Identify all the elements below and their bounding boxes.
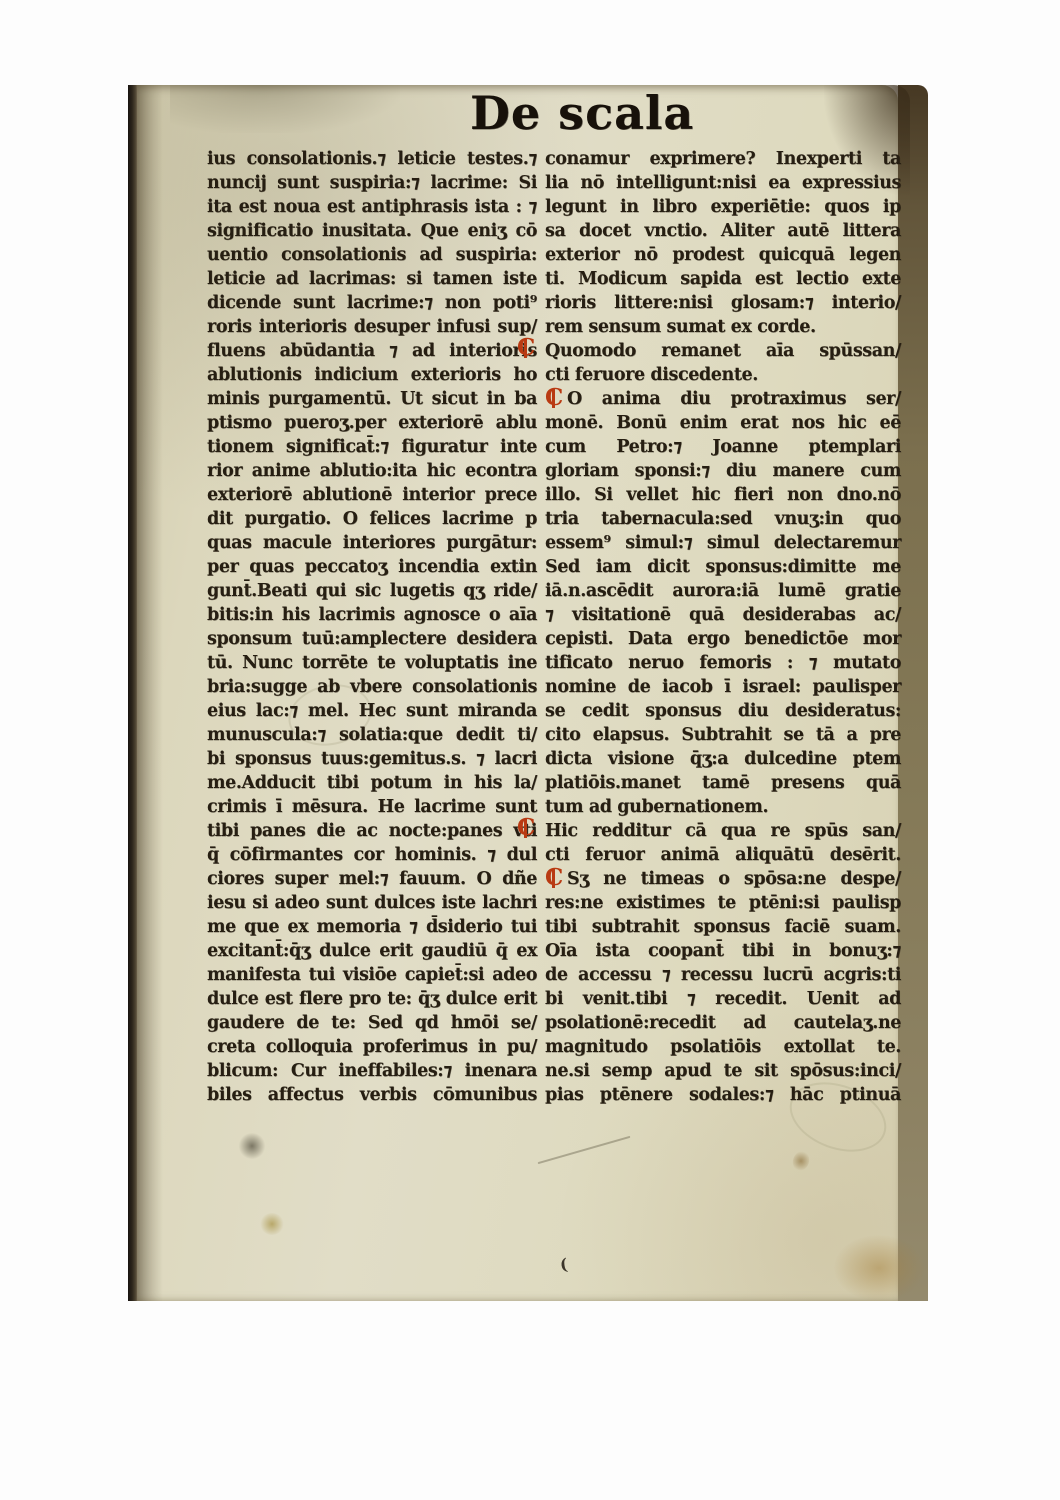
- line-text: creta colloquia proferimus in pu/: [207, 1037, 537, 1057]
- text-line: dicende sunt lacrime:⁊ non poti⁹: [207, 291, 537, 315]
- line-text: minis purgamentū. Ut sicut in ba: [207, 389, 537, 409]
- scan-background: ( De scala ius consolationis.⁊ leticie t…: [0, 0, 1060, 1500]
- line-text: gaudere de te: Sed qd hmōi se/: [207, 1013, 537, 1033]
- line-text: pias ptēnere sodales:⁊ hāc ptinuā: [545, 1085, 901, 1105]
- page-title: De scala: [470, 86, 670, 138]
- line-text: biles affectus verbis cōmunibus: [207, 1085, 537, 1105]
- line-text: excitant̄:q̄ʒ dulce erit gaudiū q̄ ex: [207, 941, 537, 961]
- line-text: nuncij sunt suspiria:⁊ lacrime: Si: [207, 173, 537, 193]
- line-text: cti feruor animā aliquātū desērit.: [545, 845, 901, 865]
- line-text: uentio consolationis ad suspiria:: [207, 245, 537, 265]
- text-line: uentio consolationis ad suspiria:: [207, 243, 537, 267]
- text-line: legunt in libro experiētie: quos ip: [545, 195, 901, 219]
- text-line: bi venit.tibi ⁊ recedit. Uenit ad: [545, 987, 901, 1011]
- text-line: nomine de iacob ī israel: paulisper: [545, 675, 901, 699]
- text-line: munuscula:⁊ solatia:que dedit ti/: [207, 723, 537, 747]
- line-text: roris interioris desuper infusi sup/: [207, 317, 537, 337]
- text-line: manifesta tui visiōe capiet̄:si adeo: [207, 963, 537, 987]
- text-line: leticie ad lacrimas: si tamen iste: [207, 267, 537, 291]
- text-line: crimis ī mēsura. He lacrime sunt: [207, 795, 537, 819]
- line-text: illo. Si vellet hic fieri non dno.nō: [545, 485, 901, 505]
- line-text: cti feruore discedente.: [545, 365, 758, 385]
- text-line: quas macule interiores purgātur:: [207, 531, 537, 555]
- text-line: tionem significat̄:⁊ figuratur inte: [207, 435, 537, 459]
- line-text: se cedit sponsus diu desideratus:: [545, 701, 901, 721]
- text-line: biles affectus verbis cōmunibus: [207, 1083, 537, 1107]
- line-text: munuscula:⁊ solatia:que dedit ti/: [207, 725, 537, 745]
- text-line: gaudere de te: Sed qd hmōi se/: [207, 1011, 537, 1035]
- text-line: essem⁹ simul:⁊ simul delectaremur: [545, 531, 901, 555]
- line-text: Oīa ista coopant̄ tibi in bonuʒ:⁊: [545, 941, 901, 961]
- rubric-mark: C: [517, 337, 533, 359]
- text-line: exteriorē ablutionē interior prece: [207, 483, 537, 507]
- line-text: res:ne existimes te ptēni:si paulisp: [545, 893, 901, 913]
- column-right: conamur exprimere? Inexperti talia nō in…: [545, 147, 901, 1107]
- line-text: ius consolationis.⁊ leticie testes.⁊: [207, 149, 537, 169]
- line-text: tria tabernacula:sed vnuʒ:in quo: [545, 509, 901, 529]
- line-text: conamur exprimere? Inexperti ta: [545, 149, 901, 169]
- line-text: manifesta tui visiōe capiet̄:si adeo: [207, 965, 537, 985]
- text-line: monē. Bonū enim erat nos hic eē: [545, 411, 901, 435]
- line-text: quas macule interiores purgātur:: [207, 533, 537, 553]
- text-line: ablutionis indicium exterioris ho: [207, 363, 537, 387]
- line-text: ti. Modicum sapida est lectio exte: [545, 269, 901, 289]
- text-line: roris interioris desuper infusi sup/: [207, 315, 537, 339]
- line-text: dulce est flere pro te: q̄ʒ dulce erit: [207, 989, 537, 1009]
- line-text: tificato neruo femoris : ⁊ mutato: [545, 653, 901, 673]
- line-text: me que ex memoria ⁊ d̄siderio tui: [207, 917, 537, 937]
- text-line: dulce est flere pro te: q̄ʒ dulce erit: [207, 987, 537, 1011]
- text-line: lia nō intelligunt:nisi ea expressius: [545, 171, 901, 195]
- line-text: cepisti. Data ergo benedictōe mor: [545, 629, 901, 649]
- text-line: ita est noua est antiphrasis ista : ⁊: [207, 195, 537, 219]
- text-line: tibi subtrahit sponsus faciē suam.: [545, 915, 901, 939]
- line-text: bi venit.tibi ⁊ recedit. Uenit ad: [545, 989, 901, 1009]
- text-line: pias ptēnere sodales:⁊ hāc ptinuā: [545, 1083, 901, 1107]
- line-text: dicta visione q̄ʒ:a dulcedine ptem: [545, 749, 901, 769]
- line-text: ptismo pueroʒ.per exteriorē ablu: [207, 413, 537, 433]
- line-text: dit purgatio. O felices lacrime p: [207, 509, 537, 529]
- line-text: eius lac:⁊ mel. Hec sunt miranda: [207, 701, 537, 721]
- text-line: ne.si semp apud te sit spōsus:inci/: [545, 1059, 901, 1083]
- gutter-shadow: [137, 85, 163, 1301]
- text-line: iā.n.ascēdit aurora:iā lumē gratie: [545, 579, 901, 603]
- text-line: tria tabernacula:sed vnuʒ:in quo: [545, 507, 901, 531]
- text-line: rem sensum sumat ex corde.: [545, 315, 901, 339]
- line-text: sponsum tuū:amplectere desidera: [207, 629, 537, 649]
- text-line: ti. Modicum sapida est lectio exte: [545, 267, 901, 291]
- text-line: minis purgamentū. Ut sicut in ba: [207, 387, 537, 411]
- line-text: cito elapsus. Subtrahit se tā a pre: [545, 725, 901, 745]
- text-line: eius lac:⁊ mel. Hec sunt miranda: [207, 699, 537, 723]
- line-text: ciores super mel:⁊ fauum. O dñe: [207, 869, 537, 889]
- text-line: significatio inusitata. Que eniʒ cō: [207, 219, 537, 243]
- line-text: me.Adducit tibi potum in his la/: [207, 773, 537, 793]
- text-line: conamur exprimere? Inexperti ta: [545, 147, 901, 171]
- line-text: blicum: Cur ineffabiles:⁊ inenara: [207, 1061, 537, 1081]
- line-text: platiōis.manet tamē presens quā: [545, 773, 901, 793]
- text-line: illo. Si vellet hic fieri non dno.nō: [545, 483, 901, 507]
- text-line: res:ne existimes te ptēni:si paulisp: [545, 891, 901, 915]
- line-text: rioris littere:nisi glosam:⁊ interio/: [545, 293, 901, 313]
- text-line: cti feruore discedente.: [545, 363, 901, 387]
- line-text: legunt in libro experiētie: quos ip: [545, 197, 901, 217]
- line-text: gloriam sponsi:⁊ diu manere cum: [545, 461, 901, 481]
- line-text: Sʒ ne timeas o spōsa:ne despe/: [567, 869, 901, 889]
- line-text: tibi subtrahit sponsus faciē suam.: [545, 917, 901, 937]
- text-line: bria:sugge ab vbere consolationis: [207, 675, 537, 699]
- text-line: cito elapsus. Subtrahit se tā a pre: [545, 723, 901, 747]
- line-text: q̄ cōfirmantes cor hominis. ⁊ dul: [207, 845, 537, 865]
- line-text: significatio inusitata. Que eniʒ cō: [207, 221, 537, 241]
- line-text: per quas peccatoʒ incendia extin: [207, 557, 537, 577]
- line-text: tionem significat̄:⁊ figuratur inte: [207, 437, 537, 457]
- line-text: sa docet vnctio. Aliter autē littera: [545, 221, 901, 241]
- text-line: CQuomodo remanet aīa spūssan/: [545, 339, 901, 363]
- text-line: rior anime ablutio:ita hic econtra: [207, 459, 537, 483]
- text-line: ptismo pueroʒ.per exteriorē ablu: [207, 411, 537, 435]
- text-line: creta colloquia proferimus in pu/: [207, 1035, 537, 1059]
- line-text: exterior nō prodest quicquā legen: [545, 245, 901, 265]
- text-line: platiōis.manet tamē presens quā: [545, 771, 901, 795]
- text-line: cti feruor animā aliquātū desērit.: [545, 843, 901, 867]
- line-text: dicende sunt lacrime:⁊ non poti⁹: [207, 293, 537, 313]
- line-text: bi sponsus tuus:gemitus.s. ⁊ lacri: [207, 749, 537, 769]
- text-line: ius consolationis.⁊ leticie testes.⁊: [207, 147, 537, 171]
- line-text: tibi panes die ac nocte:panes vti: [207, 821, 537, 841]
- line-text: gunt̄.Beati qui sic lugetis qʒ ride/: [207, 581, 537, 601]
- rubric-mark: C: [545, 387, 561, 409]
- line-text: ita est noua est antiphrasis ista : ⁊: [207, 197, 537, 217]
- text-line: ⁊ visitationē quā desiderabas ac/: [545, 603, 901, 627]
- text-line: me.Adducit tibi potum in his la/: [207, 771, 537, 795]
- text-line: sa docet vnctio. Aliter autē littera: [545, 219, 901, 243]
- rubric-mark: C: [545, 867, 561, 889]
- line-text: cum Petro:⁊ Joanne ptemplari: [545, 437, 901, 457]
- text-line: nuncij sunt suspiria:⁊ lacrime: Si: [207, 171, 537, 195]
- text-line: tibi panes die ac nocte:panes vti: [207, 819, 537, 843]
- line-text: psolationē:recedit ad cautelaʒ.ne: [545, 1013, 901, 1033]
- line-text: nomine de iacob ī israel: paulisper: [545, 677, 901, 697]
- line-text: bria:sugge ab vbere consolationis: [207, 677, 537, 697]
- text-line: rioris littere:nisi glosam:⁊ interio/: [545, 291, 901, 315]
- text-line: me que ex memoria ⁊ d̄siderio tui: [207, 915, 537, 939]
- spine-edge: [128, 85, 137, 1301]
- line-text: fluens abūdantia ⁊ ad interioris: [207, 341, 537, 361]
- line-text: ⁊ visitationē quā desiderabas ac/: [545, 605, 901, 625]
- line-text: exteriorē ablutionē interior prece: [207, 485, 537, 505]
- text-line: CSʒ ne timeas o spōsa:ne despe/: [545, 867, 901, 891]
- line-text: iā.n.ascēdit aurora:iā lumē gratie: [545, 581, 901, 601]
- text-line: tū. Nunc torrēte te voluptatis ine: [207, 651, 537, 675]
- text-line: exterior nō prodest quicquā legen: [545, 243, 901, 267]
- text-line: magnitudo psolatiōis extollat te.: [545, 1035, 901, 1059]
- text-line: cum Petro:⁊ Joanne ptemplari: [545, 435, 901, 459]
- line-text: lia nō intelligunt:nisi ea expressius: [545, 173, 901, 193]
- text-line: sponsum tuū:amplectere desidera: [207, 627, 537, 651]
- column-left: ius consolationis.⁊ leticie testes.⁊nunc…: [207, 147, 537, 1107]
- text-line: blicum: Cur ineffabiles:⁊ inenara: [207, 1059, 537, 1083]
- text-line: se cedit sponsus diu desideratus:: [545, 699, 901, 723]
- line-text: tū. Nunc torrēte te voluptatis ine: [207, 653, 537, 673]
- line-text: Quomodo remanet aīa spūssan/: [545, 341, 901, 361]
- text-line: cepisti. Data ergo benedictōe mor: [545, 627, 901, 651]
- line-text: O anima diu protraximus ser/: [567, 389, 901, 409]
- line-text: ablutionis indicium exterioris ho: [207, 365, 537, 385]
- text-line: Sed iam dicit sponsus:dimitte me: [545, 555, 901, 579]
- text-line: bi sponsus tuus:gemitus.s. ⁊ lacri: [207, 747, 537, 771]
- text-line: psolationē:recedit ad cautelaʒ.ne: [545, 1011, 901, 1035]
- line-text: Sed iam dicit sponsus:dimitte me: [545, 557, 901, 577]
- line-text: magnitudo psolatiōis extollat te.: [545, 1037, 901, 1057]
- line-text: rem sensum sumat ex corde.: [545, 317, 816, 337]
- text-line: ciores super mel:⁊ fauum. O dñe: [207, 867, 537, 891]
- line-text: crimis ī mēsura. He lacrime sunt: [207, 797, 537, 817]
- text-line: tificato neruo femoris : ⁊ mutato: [545, 651, 901, 675]
- text-line: CHic redditur cā qua re spūs san/: [545, 819, 901, 843]
- text-line: dicta visione q̄ʒ:a dulcedine ptem: [545, 747, 901, 771]
- line-text: rior anime ablutio:ita hic econtra: [207, 461, 537, 481]
- rubric-mark: C: [517, 817, 533, 839]
- text-line: Oīa ista coopant̄ tibi in bonuʒ:⁊: [545, 939, 901, 963]
- text-line: gunt̄.Beati qui sic lugetis qʒ ride/: [207, 579, 537, 603]
- book-page: ( De scala ius consolationis.⁊ leticie t…: [128, 85, 928, 1301]
- text-line: dit purgatio. O felices lacrime p: [207, 507, 537, 531]
- line-text: iesu si adeo sunt dulces iste lachri: [207, 893, 537, 913]
- line-text: de accessu ⁊ recessu lucrū acgris:ti: [545, 965, 901, 985]
- line-text: ne.si semp apud te sit spōsus:inci/: [545, 1061, 901, 1081]
- line-text: Hic redditur cā qua re spūs san/: [545, 821, 901, 841]
- line-text: essem⁹ simul:⁊ simul delectaremur: [545, 533, 901, 553]
- text-line: fluens abūdantia ⁊ ad interioris: [207, 339, 537, 363]
- line-text: bitis:in his lacrimis agnosce o aīa: [207, 605, 537, 625]
- line-text: leticie ad lacrimas: si tamen iste: [207, 269, 537, 289]
- text-line: per quas peccatoʒ incendia extin: [207, 555, 537, 579]
- text-line: CO anima diu protraximus ser/: [545, 387, 901, 411]
- line-text: tum ad gubernationem.: [545, 797, 768, 817]
- line-text: monē. Bonū enim erat nos hic eē: [545, 413, 901, 433]
- text-line: tum ad gubernationem.: [545, 795, 901, 819]
- text-line: q̄ cōfirmantes cor hominis. ⁊ dul: [207, 843, 537, 867]
- text-line: iesu si adeo sunt dulces iste lachri: [207, 891, 537, 915]
- text-line: gloriam sponsi:⁊ diu manere cum: [545, 459, 901, 483]
- text-line: excitant̄:q̄ʒ dulce erit gaudiū q̄ ex: [207, 939, 537, 963]
- text-line: de accessu ⁊ recessu lucrū acgris:ti: [545, 963, 901, 987]
- fore-edge: [898, 85, 928, 1301]
- text-line: bitis:in his lacrimis agnosce o aīa: [207, 603, 537, 627]
